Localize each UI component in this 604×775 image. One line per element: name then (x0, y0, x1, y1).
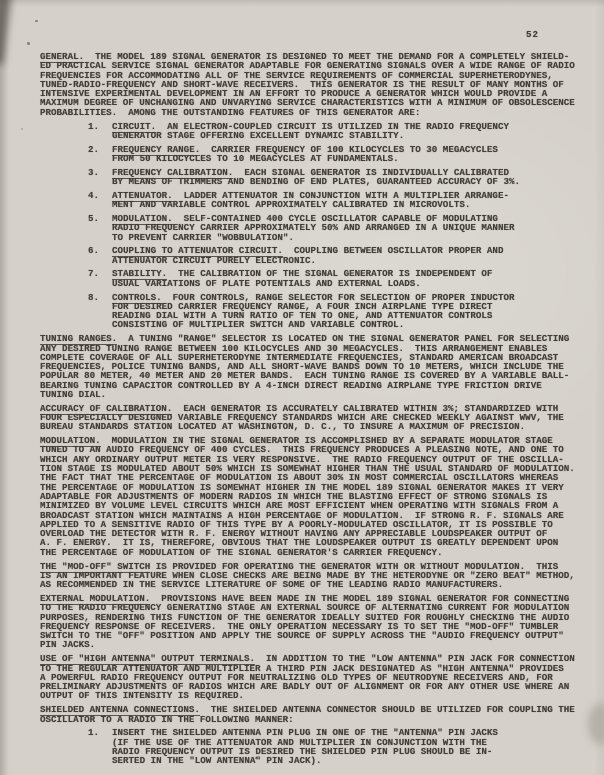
section-text: THE MODEL 189 SIGNAL GENERATOR IS DESIGN… (40, 51, 575, 118)
section-text: A TUNING "RANGE" SELECTOR IS LOCATED ON … (40, 333, 569, 400)
paragraph-shielded-antenna-connections: SHIELDED ANTENNA CONNECTIONS. THE SHIELD… (40, 705, 590, 724)
instruction-item: 1.INSERT THE SHIELDED ANTENNA PIN PLUG I… (88, 728, 590, 765)
paragraph-modulation: MODULATION. MODULATION IN THE SIGNAL GEN… (40, 436, 590, 557)
scan-smudge-topleft (0, 0, 13, 65)
features-list: 1.CIRCUIT. AN ELECTRON-COUPLED CIRCUIT I… (40, 122, 590, 330)
section-text: PROVISIONS HAVE BEEN MADE IN THE MODEL 1… (40, 593, 569, 650)
feature-number: 6. (88, 246, 112, 265)
scan-speck (21, 128, 23, 130)
document-content: GENERAL. THE MODEL 189 SIGNAL GENERATOR … (40, 52, 590, 770)
paragraph-tuning-ranges: TUNING RANGES. A TUNING "RANGE" SELECTOR… (40, 334, 590, 399)
document-page: 52 GENERAL. THE MODEL 189 SIGNAL GENERAT… (0, 0, 604, 775)
feature-item: 3.FREQUENCY CALIBRATION. EACH SIGNAL GEN… (88, 168, 590, 187)
feature-number: 4. (88, 191, 112, 210)
feature-text: THE CALIBRATION OF THE SIGNAL GENERATOR … (112, 268, 492, 288)
feature-item: 7.STABILITY. THE CALIBRATION OF THE SIGN… (88, 269, 590, 288)
section-text: MODULATION IN THE SIGNAL GENERATOR IS AC… (40, 435, 575, 558)
feature-number: 3. (88, 168, 112, 187)
paragraph-mod-off-switch: THE "MOD-OFF" SWITCH IS PROVIDED FOR OPE… (40, 562, 590, 590)
feature-number: 1. (88, 122, 112, 141)
feature-number: 5. (88, 214, 112, 242)
paragraph-accuracy-of-calibration: ACCURACY OF CALIBRATION. EACH GENERATOR … (40, 404, 590, 432)
paragraph-general: GENERAL. THE MODEL 189 SIGNAL GENERATOR … (40, 52, 590, 117)
paragraph-external-modulation: EXTERNAL MODULATION. PROVISIONS HAVE BEE… (40, 594, 590, 650)
feature-text: FOUR CONTROLS, RANGE SELECTOR FOR SELECT… (112, 292, 514, 331)
feature-text: AN ELECTRON-COUPLED CIRCUIT IS UTILIZED … (112, 121, 509, 141)
feature-number: 2. (88, 145, 112, 164)
scan-speck (27, 42, 30, 45)
instruction-text: INSERT THE SHIELDED ANTENNA PIN PLUG IN … (112, 727, 498, 766)
scan-speck (35, 20, 38, 22)
scan-smudge-right (588, 703, 604, 745)
feature-item: 6.COUPLING TO ATTENUATOR CIRCUIT. COUPLI… (88, 246, 590, 265)
paragraph-high-antenna-terminals: USE OF "HIGH ANTENNA" OUTPUT TERMINALS. … (40, 654, 590, 700)
feature-item: 8.CONTROLS. FOUR CONTROLS, RANGE SELECTO… (88, 293, 590, 330)
feature-item: 2.FREQUENCY RANGE. CARRIER FREQUENCY OF … (88, 145, 590, 164)
instructions-list: 1.INSERT THE SHIELDED ANTENNA PIN PLUG I… (40, 728, 590, 765)
feature-text: SELF-CONTAINED 400 CYCLE OSCILLATOR CAPA… (112, 213, 514, 243)
feature-number: 8. (88, 293, 112, 330)
feature-item: 4.ATTENUATOR. LADDER ATTENUATOR IN CONJU… (88, 191, 590, 210)
feature-item: 1.CIRCUIT. AN ELECTRON-COUPLED CIRCUIT I… (88, 122, 590, 141)
feature-number: 7. (88, 269, 112, 288)
page-number: 52 (526, 30, 539, 39)
instruction-number: 1. (88, 728, 112, 765)
feature-item: 5.MODULATION. SELF-CONTAINED 400 CYCLE O… (88, 214, 590, 242)
